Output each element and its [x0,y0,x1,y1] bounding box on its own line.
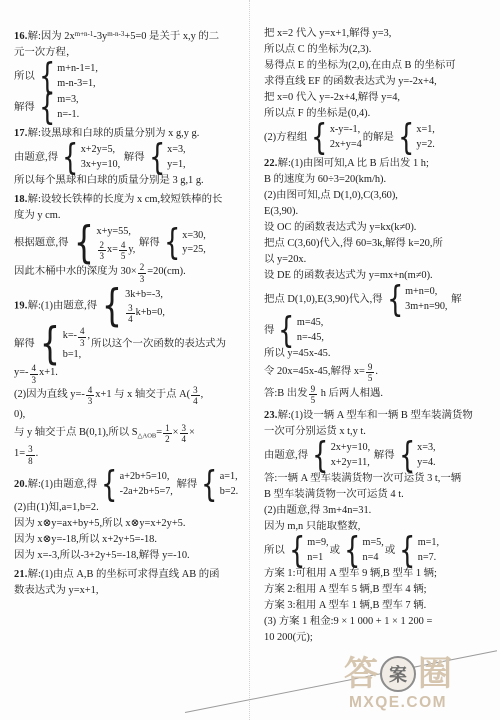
text: 由题意,得 [14,152,58,163]
text: 解得 [14,102,35,113]
numerator: 3 [26,444,35,455]
problem-number: 18. [14,194,28,205]
text: 解得 [371,450,394,461]
problem-number: 22. [264,158,278,169]
solution-line: 22.解:(1)由图可知,A 比 B 后出发 1 h; [264,156,498,172]
system-row: 3m+n=90, [405,300,447,315]
solution-line: 23.解:(1)设一辆 A 型车和一辆 B 型车装满货物 [264,408,498,424]
text: (2)由题意,得 3m+4n=31. [264,505,371,516]
text: 所以 [14,71,35,82]
text: n=-45, [297,332,324,343]
watermark-logo: 答 案 圈 [300,656,496,692]
text: 设 DE 的函数表达式为 y=mx+n(m≠0). [264,270,433,281]
solution-line: 由题意,得{2x+y=10,x+2y=11, 解得{x=3,y=4. [264,440,498,471]
system-row: m=5, [363,536,384,551]
fraction: 95 [309,384,318,406]
solution-line: 把点 D(1,0),E(3,90)代入,得{m+n=0,3m+n=90, 解 [264,284,498,315]
solution-line: 易得点 E 的坐标为(2,0),在由点 B 的坐标可 [264,58,498,74]
numerator: 4 [119,240,128,251]
denominator: 2 [163,434,172,444]
system-rows: m+n-1=1,m-n-3=1, [57,62,98,91]
text: n=4 [363,552,379,563]
problem-number: 17. [14,128,28,139]
text: 解得 [136,238,159,249]
text: B 的速度为 60÷3=20(km/h). [264,174,386,185]
exponent: m+n-1 [75,30,94,38]
text: h 后两人相遇. [318,388,383,399]
equation-system: {a=1,b=2. [198,470,238,499]
system-rows: x+y=55,23x=45y, [97,225,136,261]
system-row: k=-43, [63,326,90,348]
text: m-n-3=1, [57,78,95,89]
text: m+n=0, [405,286,437,297]
system-row: m+n=0, [405,285,447,300]
text: 把点 C(3,60)代入,得 60=3k,解得 k=20,所 [264,238,443,249]
problem-solution: 把 x=2 代入 y=x+1,解得 y=3,所以点 C 的坐标为(2,3).易得… [264,26,498,153]
text: n=7. [418,552,436,563]
text: 解:(1)设一辆 A 型车和一辆 B 型车装满货物 [278,410,473,421]
solution-line: 一次可分别运货 x t,y t. [264,424,498,440]
solution-line: 10 200(元); [264,630,498,646]
text: k=- [63,330,77,341]
text: 3m+n=90, [405,301,447,312]
text: 10 200(元); [264,632,313,643]
denominator: 3 [138,274,147,284]
text: (2)方程组 [264,132,307,143]
text: 因为 x⊗y=ax+by+5,所以 x⊗y=x+2y+5. [14,518,185,529]
solution-line: (3) 方案 1 租金:9 × 1 000 + 1 × 1 200 = [264,614,498,630]
fraction: 34 [126,303,135,325]
system-rows: m=45,n=-45, [297,316,324,345]
fraction: 45 [119,240,128,262]
text: , [201,389,204,400]
system-row: m=1, [418,536,439,551]
text: 解得 [174,479,197,490]
solution-line: 答:一辆 A 型车装满货物一次可运货 3 t,一辆 [264,471,498,487]
text: 把 x=0 代入 y=-2x+4,解得 y=4, [264,92,400,103]
system-row: x=3, [167,143,185,158]
denominator: 3 [98,251,107,261]
text: m=1, [418,537,439,548]
solution-line: 答:B 出发95 h 后两人相遇. [264,384,498,406]
text: k+b=0, [136,307,165,318]
text: x-y=-1, [330,124,360,135]
problem-solution: 21.解:(1)由点 A,B 的坐标可求得直线 AB 的函数表达式为 y=x+1… [14,567,248,599]
system-row: n=-45, [297,331,324,346]
problem-solution: 23.解:(1)设一辆 A 型车和一辆 B 型车装满货物一次可分别运货 x t,… [264,408,498,646]
system-row: -2a+2b+5=7, [120,485,173,500]
numerator: 4 [86,385,95,396]
system-row: a=1, [220,470,238,485]
text: y, [128,244,135,255]
equation-system: {2x+y=10,x+2y=11, [309,441,370,470]
text: n=-1. [57,109,79,120]
text: y=1, [167,159,185,170]
solution-line: 所以{m=9,n=1或{m=5,n=4或{m=1,n=7. [264,535,498,566]
text: x+2y=5, [81,144,115,155]
text: n=1 [307,552,323,563]
system-row: y=2. [416,138,434,153]
system-row: x+2y=5, [81,143,121,158]
text: 解:设较长铁棒的长度为 x cm,较短铁棒的长 [28,194,223,205]
text: 3x+y=10, [81,159,121,170]
text: +5=0 是关于 x,y 的二 [124,31,219,42]
fraction: 95 [366,362,375,384]
solution-line: 所以 y=45x-45. [264,346,498,362]
equation-system: {x=3,y=1, [146,143,186,172]
text: b=1, [63,349,81,360]
equation-system: {x=1,y=2. [395,123,435,152]
problem-solution: 18.解:设较长铁棒的长度为 x cm,较短铁棒的长度为 y cm.根据题意,得… [14,192,248,284]
text: x=3, [167,144,185,155]
problem-number: 16. [14,31,28,42]
problem-solution: 19.解:(1)由题意,得{3k+b=-3,34k+b=0,解得{k=-43,b… [14,287,248,466]
problem-solution: 16.解:因为 2xm+n-1-3ym-n-3+5=0 是关于 x,y 的二元一… [14,26,248,123]
system-row: x+y=55, [97,225,136,240]
denominator: 5 [309,395,318,405]
system-row: x=1, [416,123,434,138]
text: (2)由(1)知,a=1,b=2. [14,502,99,513]
left-column: 16.解:因为 2xm+n-1-3ym-n-3+5=0 是关于 x,y 的二元一… [14,26,248,649]
equation-system: {m=9,n=1 [286,536,329,565]
system-rows: a+2b+5=10,-2a+2b+5=7, [120,470,173,499]
text: -2a+2b+5=7, [120,486,173,497]
text: a+2b+5=10, [120,471,170,482]
solution-line: 数表达式为 y=x+1, [14,583,248,599]
system-row: m=45, [297,316,324,331]
solution-line: 设 DE 的函数表达式为 y=mx+n(m≠0). [264,268,498,284]
system-rows: m+n=0,3m+n=90, [405,285,447,314]
solution-line: (2)由图可知,点 D(1,0),C(3,60), [264,188,498,204]
text: 答:一辆 A 型车装满货物一次可运货 3 t,一辆 [264,473,461,484]
text: 数表达式为 y=x+1, [14,585,98,596]
solution-line: (2)方程组{x-y=-1,2x+y=4的解是{x=1,y=2. [264,122,498,153]
solution-line: 所以点 F 的坐标是(0,4). [264,106,498,122]
system-row: x=30, [182,229,206,244]
system-row: 2x+y=4 [330,138,362,153]
system-row: m+n-1=1, [57,62,98,77]
system-rows: k=-43,b=1, [63,326,90,362]
text: =20(cm). [147,266,185,277]
solution-line: 设 OC 的函数表达式为 y=kx(k≠0). [264,220,498,236]
text: 解:因为 2x [28,31,75,42]
numerator: 2 [98,240,107,251]
text: m=3, [57,94,78,105]
solution-line: 解得{m=3,n=-1. [14,92,248,123]
fraction: 23 [138,262,147,284]
text: 所以 y=45x-45. [264,348,330,359]
text: 与 y 轴交于点 B(0,1),所以 S [14,427,138,438]
system-rows: x=3,y=1, [167,143,185,172]
system-row: n=-1. [57,108,79,123]
system-row: 23x=45y, [97,240,136,262]
system-rows: x+2y=5,3x+y=10, [81,143,121,172]
text: y=- [14,368,29,379]
text: 由题意,得 [264,450,308,461]
solution-line: 求得直线 EF 的函数表达式为 y=-2x+4, [264,74,498,90]
problem-solution: 17.解:设黑球和白球的质量分别为 x g,y g.由题意,得{x+2y=5,3… [14,126,248,189]
fraction: 23 [98,240,107,262]
text: 以 y=20x. [264,254,306,265]
denominator: 3 [78,338,87,348]
system-row: n=4 [363,551,384,566]
denominator: 5 [119,251,128,261]
text: 方案 2:租用 A 型车 5 辆,B 型车 4 辆; [264,584,427,595]
equation-system: {m=45,n=-45, [275,316,323,345]
text: 所以每个黑球和白球的质量分别是 3 g,1 g. [14,175,204,186]
solution-line: 方案 2:租用 A 型车 5 辆,B 型车 4 辆; [264,582,498,598]
text: 2x+y=4 [330,139,362,150]
watermark-site-url: MXQE.COM [300,694,496,712]
text: 答:B 出发 [264,388,308,399]
text: 因为 x⊗y=-18,所以 x+2y+5=-18. [14,534,157,545]
text: 解:设黑球和白球的质量分别为 x g,y g. [28,128,200,139]
text: , [87,330,90,341]
text: (2)由图可知,点 D(1,0),C(3,60), [264,190,398,201]
equation-system: {x+2y=5,3x+y=10, [59,143,120,172]
solution-line: 20.解:(1)由题意,得{a+2b+5=10,-2a+2b+5=7, 解得{a… [14,469,248,500]
denominator: 5 [366,373,375,383]
solution-line: 把点 C(3,60)代入,得 60=3k,解得 k=20,所 [264,236,498,252]
problem-number: 19. [14,301,28,312]
denominator: 3 [30,375,39,385]
denominator: 4 [191,396,200,406]
text: 易得点 E 的坐标为(2,0),在由点 B 的坐标可 [264,60,456,71]
text: 把 x=2 代入 y=x+1,解得 y=3, [264,28,391,39]
system-row: 2x+y=10, [331,441,371,456]
text: x=3, [417,442,435,453]
solution-line: 所以点 C 的坐标为(2,3). [264,42,498,58]
text: m=9, [307,537,328,548]
system-row: b=2. [220,485,238,500]
text: x+2y=11, [331,457,370,468]
solution-line: 把 x=0 代入 y=-2x+4,解得 y=4, [264,90,498,106]
equation-system: {x=30,y=25, [161,229,206,258]
problem-number: 21. [14,569,28,580]
equation-system: {k=-43,b=1, [36,326,90,362]
solution-line: 把 x=2 代入 y=x+1,解得 y=3, [264,26,498,42]
right-column: 把 x=2 代入 y=x+1,解得 y=3,所以点 C 的坐标为(2,3).易得… [264,26,498,649]
text: 解:(1)由题意,得 [28,479,98,490]
text: 2x+y=10, [331,442,371,453]
text: m=45, [297,317,323,328]
text: y=2. [416,139,434,150]
solution-line: E(3,90). [264,204,498,220]
watermark-char-left: 答 [344,657,378,691]
solution-line: B 的速度为 60÷3=20(km/h). [264,172,498,188]
problem-solution: 22.解:(1)由图可知,A 比 B 后出发 1 h;B 的速度为 60÷3=2… [264,156,498,405]
problem-number: 20. [14,479,28,490]
equation-system: {x+y=55,23x=45y, [70,225,136,261]
problem-number: 23. [264,410,278,421]
fraction: 43 [30,363,39,385]
text: 把点 D(1,0),E(3,90)代入,得 [264,294,383,305]
solution-line: 21.解:(1)由点 A,B 的坐标可求得直线 AB 的函 [14,567,248,583]
equation-system: {a+2b+5=10,-2a+2b+5=7, [98,470,173,499]
numerator: 4 [78,326,87,337]
solution-line: 得{m=45,n=-45, [264,315,498,346]
solution-line: (2)因为直线 y=-43x+1 与 x 轴交于点 A(34, [14,385,248,407]
numerator: 1 [163,423,172,434]
solution-line: 令 20x=45x-45,解得 x=95. [264,362,498,384]
text: 3k+b=-3, [125,289,163,300]
text: 令 20x=45x-45,解得 x= [264,366,365,377]
system-rows: a=1,b=2. [220,470,238,499]
watermark-badge-icon: 案 [380,656,416,692]
system-rows: x=30,y=25, [182,229,206,258]
system-row: 3x+y=10, [81,158,121,173]
system-row: m-n-3=1, [57,77,98,92]
text: a=1, [220,471,238,482]
text: 解:(1)由题意,得 [28,301,98,312]
text: 所以点 C 的坐标为(2,3). [264,44,371,55]
system-rows: m=3,n=-1. [57,93,79,122]
fraction: 12 [163,423,172,445]
system-rows: x=1,y=2. [416,123,434,152]
system-row: n=7. [418,551,439,566]
system-rows: m=9,n=1 [307,536,328,565]
problem-solution: 20.解:(1)由题意,得{a+2b+5=10,-2a+2b+5=7, 解得{a… [14,469,248,564]
text: 0), [14,409,25,420]
equation-system: {m=1,n=7. [396,536,439,565]
exponent: m-n-3 [107,30,124,38]
text: 解:(1)由图可知,A 比 B 后出发 1 h; [278,158,429,169]
system-row: x+2y=11, [331,456,371,471]
numerator: 9 [309,384,318,395]
text: 所以 [264,545,285,556]
solution-line: 根据题意,得{x+y=55,23x=45y, 解得{x=30,y=25, [14,224,248,262]
subscript: △AOB [138,432,157,439]
fraction: 38 [26,444,35,466]
text: y=4. [417,457,435,468]
solution-line: (2)由题意,得 3m+4n=31. [264,503,498,519]
text: x+y=55, [97,226,131,237]
watermark-char-right: 圈 [418,657,452,691]
text: 根据题意,得 [14,238,69,249]
text: x= [107,244,118,255]
text: E(3,90). [264,206,298,217]
system-rows: 3k+b=-3,34k+b=0, [125,288,165,324]
text: 方案 3:租用 A 型车 1 辆,B 型车 7 辆. [264,600,426,611]
fraction: 34 [180,423,189,445]
text: x=30, [182,230,206,241]
system-rows: 2x+y=10,x+2y=11, [331,441,371,470]
denominator: 4 [126,314,135,324]
text: 度为 y cm. [14,210,60,221]
system-row: a+2b+5=10, [120,470,173,485]
system-row: b=1, [63,348,90,363]
fraction: 43 [78,326,87,348]
equation-system: {3k+b=-3,34k+b=0, [98,288,165,324]
solution-line: 因为 x⊗y=ax+by+5,所以 x⊗y=x+2y+5. [14,516,248,532]
system-row: m=9, [307,536,328,551]
denominator: 4 [180,434,189,444]
text: 解 [448,294,461,305]
fraction: 34 [191,385,200,407]
text: m+n-1=1, [57,63,98,74]
text: m=5, [363,537,384,548]
text: . [375,366,378,377]
watermark-char-center: 案 [389,661,407,687]
text: 因为 x=-3,所以-3+2y+5=-18,解得 y=-10. [14,550,190,561]
answer-page: 16.解:因为 2xm+n-1-3ym-n-3+5=0 是关于 x,y 的二元一… [0,0,500,720]
text: 所以这个一次函数的表达式为 [91,339,226,350]
solution-line: 因此木桶中水的深度为 30×23=20(cm). [14,262,248,284]
text: × [173,427,179,438]
text: 设 OC 的函数表达式为 y=kx(k≠0). [264,222,416,233]
solution-line: 16.解:因为 2xm+n-1-3ym-n-3+5=0 是关于 x,y 的二 [14,26,248,45]
text: -3y [93,31,107,42]
watermark: 答 案 圈 MXQE.COM [300,656,496,712]
solution-line: 因为 x⊗y=-18,所以 x+2y+5=-18. [14,532,248,548]
text: 解得 [14,339,35,350]
numerator: 4 [30,363,39,374]
solution-line: 解得{k=-43,b=1,所以这个一次函数的表达式为 [14,325,248,363]
text: 解:(1)由点 A,B 的坐标可求得直线 AB 的函 [28,569,220,580]
equation-system: {m=3,n=-1. [36,93,79,122]
system-row: y=25, [182,243,206,258]
system-rows: x-y=-1,2x+y=4 [330,123,362,152]
equation-system: {m=5,n=4 [341,536,384,565]
fraction: 43 [86,385,95,407]
text: y=25, [182,244,206,255]
system-row: 34k+b=0, [125,303,165,325]
equation-system: {m+n=0,3m+n=90, [384,285,448,314]
system-row: y=4. [417,456,435,471]
equation-system: {x=3,y=4. [396,441,436,470]
solution-line: 18.解:设较长铁棒的长度为 x cm,较短铁棒的长 [14,192,248,208]
denominator: 8 [26,456,35,466]
text: 或 [330,545,340,556]
text: B 型车装满货物一次可运货 4 t. [264,489,404,500]
system-row: n=1 [307,551,328,566]
solution-line: 与 y 轴交于点 B(0,1),所以 S△AOB=12×34× [14,423,248,445]
text: 得 [264,325,274,336]
denominator: 3 [86,396,95,406]
text: (2)因为直线 y=- [14,389,85,400]
solution-line: 所以每个黑球和白球的质量分别是 3 g,1 g. [14,173,248,189]
text: 或 [385,545,395,556]
text: 的解是 [363,132,394,143]
text: 1= [14,449,25,460]
numerator: 3 [180,423,189,434]
solution-line: 17.解:设黑球和白球的质量分别为 x g,y g. [14,126,248,142]
solution-line: 以 y=20x. [264,252,498,268]
numerator: 3 [126,303,135,314]
text: = [156,427,162,438]
system-row: 3k+b=-3, [125,288,165,303]
text: × [189,427,195,438]
text: 求得直线 EF 的函数表达式为 y=-2x+4, [264,76,437,87]
solution-line: 方案 3:租用 A 型车 1 辆,B 型车 7 辆. [264,598,498,614]
system-row: y=1, [167,158,185,173]
solution-line: 度为 y cm. [14,208,248,224]
solution-line: 因为 x=-3,所以-3+2y+5=-18,解得 y=-10. [14,548,248,564]
solution-line: 由题意,得{x+2y=5,3x+y=10, 解得{x=3,y=1, [14,142,248,173]
system-rows: m=5,n=4 [363,536,384,565]
text: . [36,449,39,460]
solution-line: 0), [14,407,248,423]
system-rows: m=1,n=7. [418,536,439,565]
columns-wrapper: 16.解:因为 2xm+n-1-3ym-n-3+5=0 是关于 x,y 的二元一… [14,26,498,649]
text: 解得 [121,152,144,163]
numerator: 3 [191,385,200,396]
numerator: 2 [138,262,147,273]
system-row: m=3, [57,93,79,108]
system-rows: x=3,y=4. [417,441,435,470]
equation-system: {x-y=-1,2x+y=4 [308,123,361,152]
numerator: 9 [366,362,375,373]
